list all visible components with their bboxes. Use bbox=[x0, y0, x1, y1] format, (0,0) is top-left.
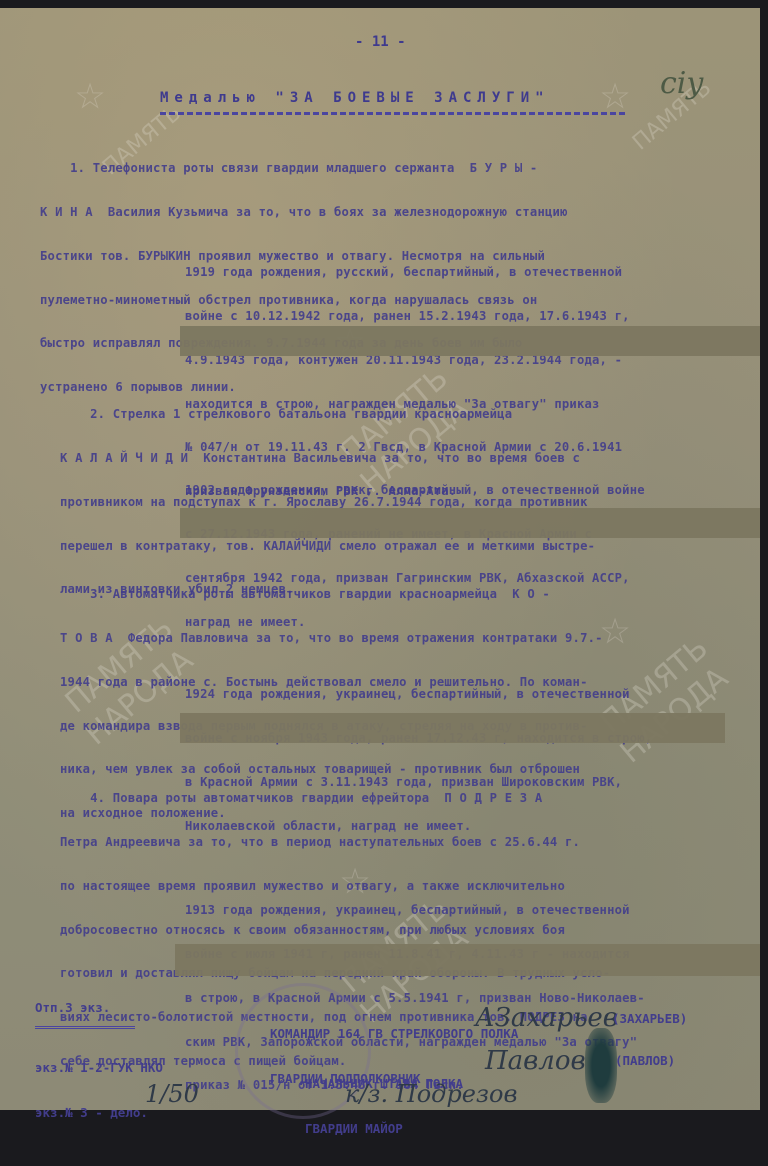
chief-of-staff-signature: Павлов bbox=[485, 1046, 586, 1076]
ink-blot bbox=[585, 1028, 617, 1103]
title-underline bbox=[160, 112, 625, 115]
copy-distribution: экз.№ 1-2-ГУК НКО экз.№ 3 - дело. bbox=[35, 1030, 163, 1110]
handwritten-number: 1/50 bbox=[145, 1080, 199, 1108]
scan-edge-right bbox=[760, 0, 768, 1110]
handwritten-note: к/з. Подрезов bbox=[345, 1080, 517, 1108]
copies-note: Отп.3 экз. bbox=[35, 1000, 110, 1015]
document-title: Медалью "ЗА БОЕВЫЕ ЗАСЛУГИ" bbox=[160, 90, 550, 106]
chief-of-staff-name: (ПАВЛОВ) bbox=[615, 1053, 675, 1068]
redaction-bar bbox=[180, 508, 760, 538]
redaction-bar bbox=[180, 713, 725, 743]
handwritten-margin-note: ciy bbox=[660, 66, 703, 101]
redaction-bar bbox=[180, 326, 765, 356]
redaction-bar bbox=[175, 944, 760, 976]
copies-underline bbox=[35, 1026, 135, 1029]
document-page: ☆ ПАМЯТЬ ☆ ПАМЯТЬ ☆ ПАМЯТЬ НАРОДА ПАМЯТЬ… bbox=[0, 8, 760, 1110]
commander-name: (ЗАХАРЬЕВ) bbox=[612, 1011, 687, 1026]
scan-edge-top bbox=[40, 0, 740, 8]
page-number: - 11 - bbox=[355, 34, 406, 50]
watermark-star-icon: ☆ bbox=[75, 63, 105, 121]
